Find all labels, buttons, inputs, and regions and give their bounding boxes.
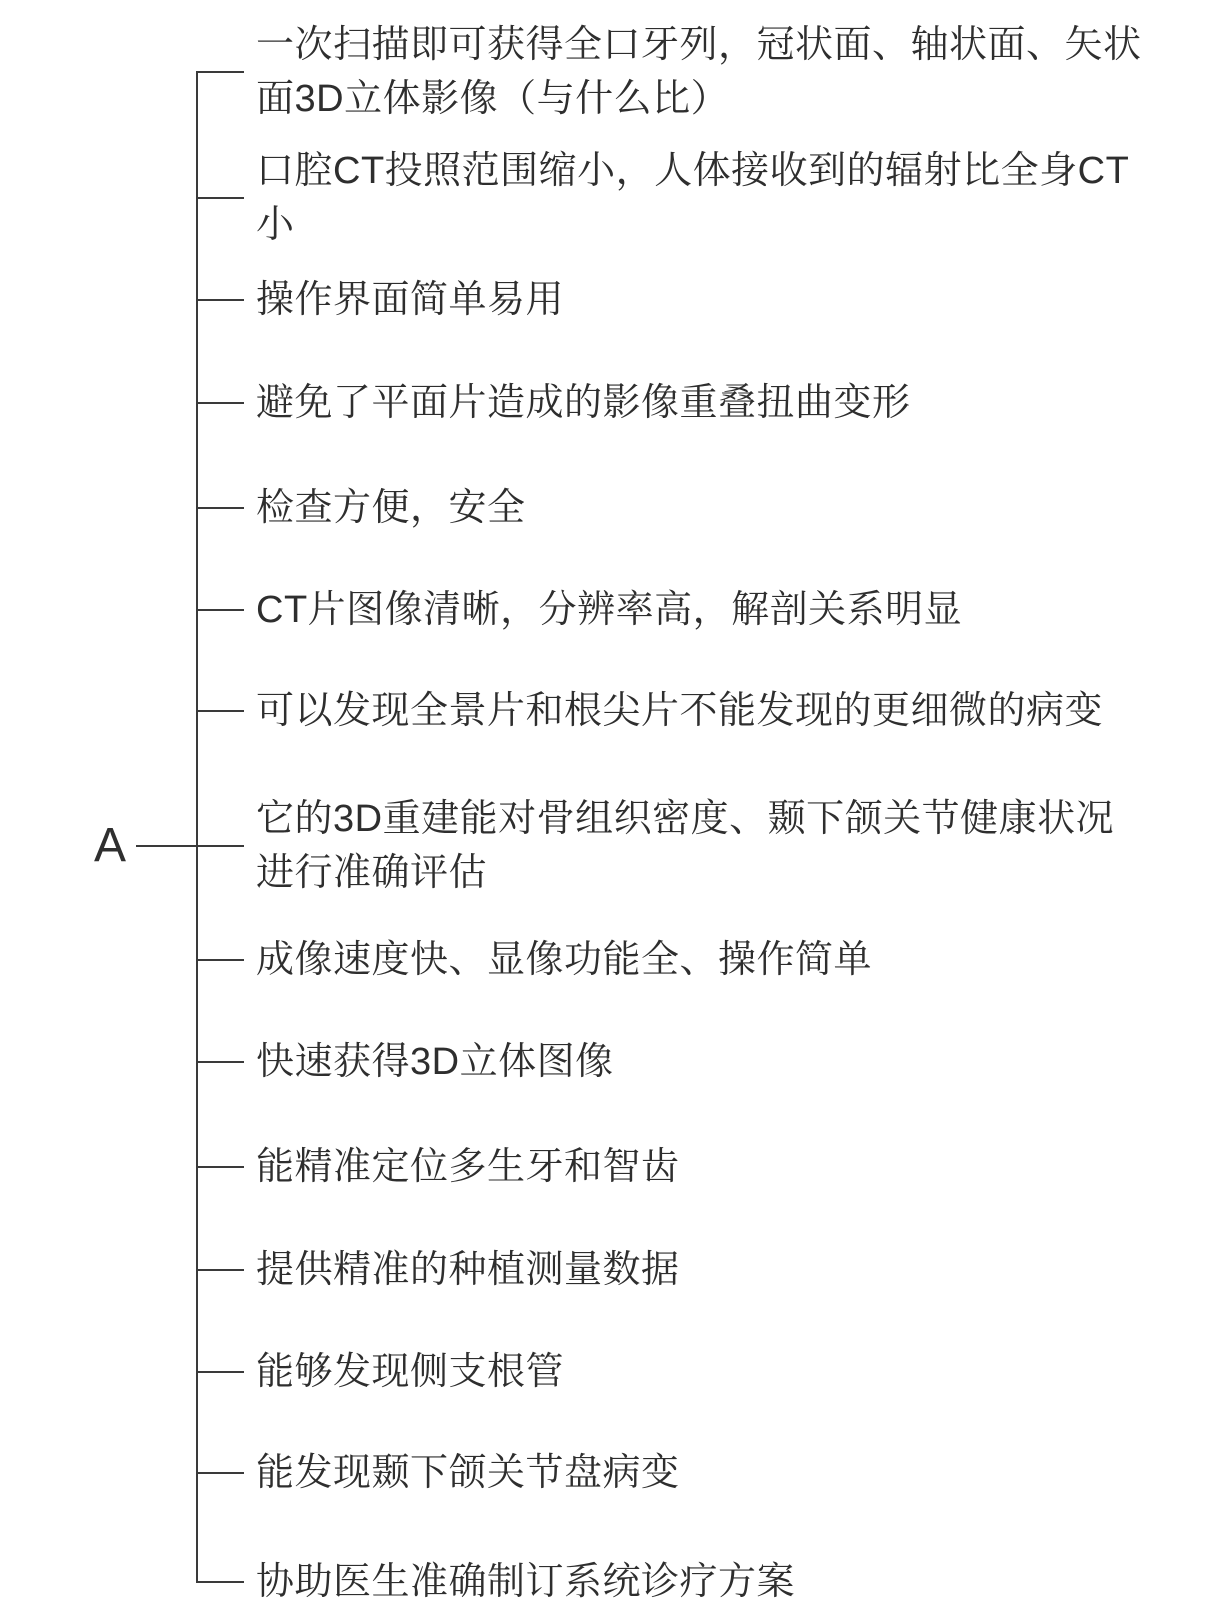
branch-node-2: 口腔CT投照范围缩小，人体接收到的辐射比全身CT小 <box>196 144 1152 252</box>
branch-tick-line <box>196 845 244 847</box>
root-label: A <box>94 819 126 872</box>
branch-label[interactable]: 一次扫描即可获得全口牙列，冠状面、轴状面、矢状面3D立体影像（与什么比） <box>256 18 1152 126</box>
branch-tick-line <box>196 609 244 611</box>
branch-node-10: 快速获得3D立体图像 <box>196 1035 614 1089</box>
branch-label[interactable]: 它的3D重建能对骨组织密度、颞下颌关节健康状况进行准确评估 <box>256 792 1152 900</box>
branch-tick-line <box>196 1581 244 1583</box>
branch-tick-line <box>196 71 244 73</box>
branch-label[interactable]: 能发现颞下颌关节盘病变 <box>256 1446 680 1500</box>
mindmap-canvas: A 一次扫描即可获得全口牙列，冠状面、轴状面、矢状面3D立体影像（与什么比） 口… <box>0 0 1205 1624</box>
branch-label[interactable]: 操作界面简单易用 <box>256 273 564 327</box>
branch-node-6: CT片图像清晰，分辨率高，解剖关系明显 <box>196 583 962 637</box>
branch-node-7: 可以发现全景片和根尖片不能发现的更细微的病变 <box>196 684 1103 738</box>
branch-node-12: 提供精准的种植测量数据 <box>196 1243 680 1297</box>
branch-label[interactable]: 可以发现全景片和根尖片不能发现的更细微的病变 <box>256 684 1103 738</box>
branch-node-13: 能够发现侧支根管 <box>196 1345 564 1399</box>
branch-node-1: 一次扫描即可获得全口牙列，冠状面、轴状面、矢状面3D立体影像（与什么比） <box>196 18 1152 126</box>
branch-label[interactable]: 避免了平面片造成的影像重叠扭曲变形 <box>256 376 911 430</box>
branch-tick-line <box>196 710 244 712</box>
branch-node-14: 能发现颞下颌关节盘病变 <box>196 1446 680 1500</box>
branch-tick-line <box>196 1371 244 1373</box>
branch-tick-line <box>196 299 244 301</box>
branch-node-3: 操作界面简单易用 <box>196 273 564 327</box>
branch-label[interactable]: 协助医生准确制订系统诊疗方案 <box>256 1555 795 1609</box>
branch-node-9: 成像速度快、显像功能全、操作简单 <box>196 933 872 987</box>
branch-label[interactable]: 能精准定位多生牙和智齿 <box>256 1140 680 1194</box>
branch-tick-line <box>196 1166 244 1168</box>
branch-label[interactable]: 快速获得3D立体图像 <box>256 1035 614 1089</box>
branch-tick-line <box>196 1472 244 1474</box>
branch-tick-line <box>196 959 244 961</box>
branch-tick-line <box>196 402 244 404</box>
branch-label[interactable]: 成像速度快、显像功能全、操作简单 <box>256 933 872 987</box>
branch-node-15: 协助医生准确制订系统诊疗方案 <box>196 1555 795 1609</box>
branch-node-11: 能精准定位多生牙和智齿 <box>196 1140 680 1194</box>
branch-node-5: 检查方便，安全 <box>196 481 526 535</box>
root-node[interactable]: A <box>94 822 126 870</box>
branch-tick-line <box>196 1269 244 1271</box>
branch-label[interactable]: 提供精准的种植测量数据 <box>256 1243 680 1297</box>
branch-label[interactable]: 口腔CT投照范围缩小，人体接收到的辐射比全身CT小 <box>256 144 1152 252</box>
branch-label[interactable]: CT片图像清晰，分辨率高，解剖关系明显 <box>256 583 962 637</box>
branch-node-8: 它的3D重建能对骨组织密度、颞下颌关节健康状况进行准确评估 <box>196 792 1152 900</box>
branch-node-4: 避免了平面片造成的影像重叠扭曲变形 <box>196 376 911 430</box>
branch-tick-line <box>196 507 244 509</box>
branch-label[interactable]: 能够发现侧支根管 <box>256 1345 564 1399</box>
branch-label[interactable]: 检查方便，安全 <box>256 481 526 535</box>
branch-tick-line <box>196 197 244 199</box>
branch-tick-line <box>196 1061 244 1063</box>
root-connector-line <box>136 845 196 847</box>
